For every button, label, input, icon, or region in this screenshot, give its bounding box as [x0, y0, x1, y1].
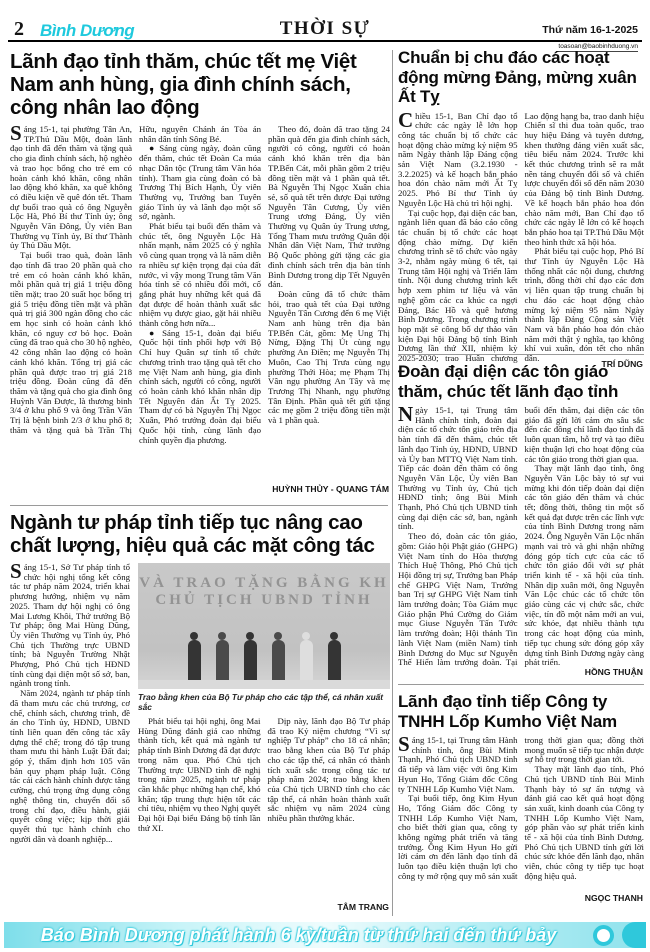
- divider-right-2: [398, 684, 644, 685]
- person-silhouette: [300, 640, 313, 680]
- article-body: Sáng 15-1, tại Trung tâm Hành chính tỉnh…: [398, 736, 644, 904]
- news-paragraph: Sáng 15-1, Sở Tư pháp tỉnh tổ chức hội n…: [10, 563, 130, 689]
- person-silhouette: [328, 640, 341, 680]
- article-body: Ngày 15-1, tại Trung tâm Hành chính tỉnh…: [398, 406, 644, 678]
- news-paragraph: Dịp này, lãnh đạo Bộ Tư pháp đã trao Kỷ …: [268, 717, 391, 824]
- article-kumho: Lãnh đạo tỉnh tiếp Công ty TNHH Lốp Kumh…: [398, 692, 644, 904]
- date-label: Thứ năm 16-1-2025: [542, 24, 638, 36]
- article-tu-phap: Ngành tư pháp tỉnh tiếp tục nâng cao chấ…: [10, 511, 390, 913]
- article-body-left-column: Sáng 15-1, Sở Tư pháp tỉnh tổ chức hội n…: [10, 563, 130, 908]
- drop-cap: S: [10, 125, 24, 143]
- article-body: Sáng 15-1, tại phường Tân An, TP.Thủ Dầu…: [10, 125, 390, 495]
- photo-banner-line1: VÀ TRAO TẶNG BẰNG KH: [138, 575, 390, 592]
- article-headline: Đoàn đại diện các tôn giáo thăm, chúc tế…: [398, 362, 644, 401]
- footer-logo-circle: [622, 922, 646, 948]
- news-paragraph: Sáng 15-1, tại Trung tâm Hành chính tỉnh…: [398, 736, 518, 794]
- photo-banner-line2: CHỦ TỊCH UBND TỈNH: [138, 592, 390, 609]
- news-paragraph: Ngày 15-1, tại Trung tâm Hành chính tỉnh…: [398, 406, 518, 532]
- divider-vertical: [392, 50, 393, 916]
- footer-banner: Báo Bình Dương phát hành 6 kỳ/tuần từ th…: [4, 922, 646, 948]
- drop-cap: S: [398, 736, 412, 754]
- newspaper-page: 2 Bình Dương THỜI SỰ Thứ năm 16-1-2025 t…: [0, 0, 650, 952]
- drop-cap: S: [10, 563, 24, 581]
- news-paragraph: Chiều 15-1, Ban Chỉ đạo tổ chức các ngày…: [398, 112, 518, 209]
- article-headline: Chuẩn bị chu đáo các hoạt động mừng Đảng…: [398, 48, 644, 107]
- news-paragraph: Theo đó, đoàn đã trao tặng 24 phần quà đ…: [268, 125, 390, 290]
- news-paragraph: ● Sáng 15-1, đoàn đại biểu Quốc hội tỉnh…: [139, 329, 261, 445]
- photo-caption: Trao bằng khen của Bộ Tư pháp cho các tậ…: [138, 692, 390, 712]
- news-paragraph: Sáng 15-1, tại phường Tân An, TP.Thủ Dầu…: [10, 125, 132, 251]
- person-silhouette: [272, 640, 285, 680]
- article-ton-giao: Đoàn đại diện các tôn giáo thăm, chúc tế…: [398, 362, 644, 678]
- byline: NGỌC THANH: [580, 894, 643, 904]
- article-body: Chiều 15-1, Ban Chỉ đạo tổ chức các ngày…: [398, 112, 644, 370]
- header-rule: [8, 40, 642, 42]
- footer-banner-text: Báo Bình Dương phát hành 6 kỳ/tuần từ th…: [4, 925, 593, 946]
- people-silhouettes: [138, 640, 390, 680]
- news-paragraph: Thay mặt lãnh đạo tỉnh, ông Nguyễn Văn L…: [525, 464, 645, 668]
- byline: HỒNG THUẬN: [580, 668, 643, 678]
- footer-ring-icon: [593, 925, 614, 946]
- person-silhouette: [188, 640, 201, 680]
- drop-cap: N: [398, 406, 415, 424]
- article-headline: Lãnh đạo tỉnh thăm, chúc tết mẹ Việt Nam…: [10, 50, 358, 119]
- article-body: Phát biểu tại hội nghị, ông Mai Hùng Dũn…: [138, 717, 390, 913]
- news-paragraph: Thay mặt lãnh đạo tỉnh, Phó Chủ tịch UBN…: [525, 765, 645, 881]
- byline: HUỲNH THỦY - QUANG TÁM: [267, 485, 389, 495]
- photo-award-ceremony: VÀ TRAO TẶNG BẰNG KH CHỦ TỊCH UBND TỈNH: [138, 563, 390, 689]
- divider-left: [10, 505, 388, 506]
- person-silhouette: [216, 640, 229, 680]
- article-headline: Ngành tư pháp tỉnh tiếp tục nâng cao chấ…: [10, 511, 388, 557]
- news-paragraph: Năm 2024, ngành tư pháp tỉnh đã tham mưu…: [10, 689, 130, 844]
- drop-cap: C: [398, 112, 415, 130]
- stage-floor: [138, 680, 390, 689]
- news-paragraph: ● Sáng cùng ngày, đoàn cũng đến thăm, ch…: [139, 144, 261, 222]
- article-tet-visits: Lãnh đạo tỉnh thăm, chúc tết mẹ Việt Nam…: [10, 50, 390, 495]
- news-paragraph: Phát biểu tại cuộc họp, Phó Bí thư Tỉnh …: [525, 247, 645, 363]
- person-silhouette: [244, 640, 257, 680]
- news-paragraph: Phát biểu tại hội nghị, ông Mai Hùng Dũn…: [138, 717, 261, 833]
- article-headline: Lãnh đạo tỉnh tiếp Công ty TNHH Lốp Kumh…: [398, 692, 644, 731]
- byline: TÂM TRANG: [332, 903, 389, 913]
- news-paragraph: Phát biểu tại buổi đến thăm và chúc tết,…: [139, 222, 261, 329]
- news-paragraph: Đoàn cũng đã tổ chức thăm hỏi, trao quà …: [268, 290, 390, 426]
- article-mung-dang: Chuẩn bị chu đáo các hoạt động mừng Đảng…: [398, 48, 644, 370]
